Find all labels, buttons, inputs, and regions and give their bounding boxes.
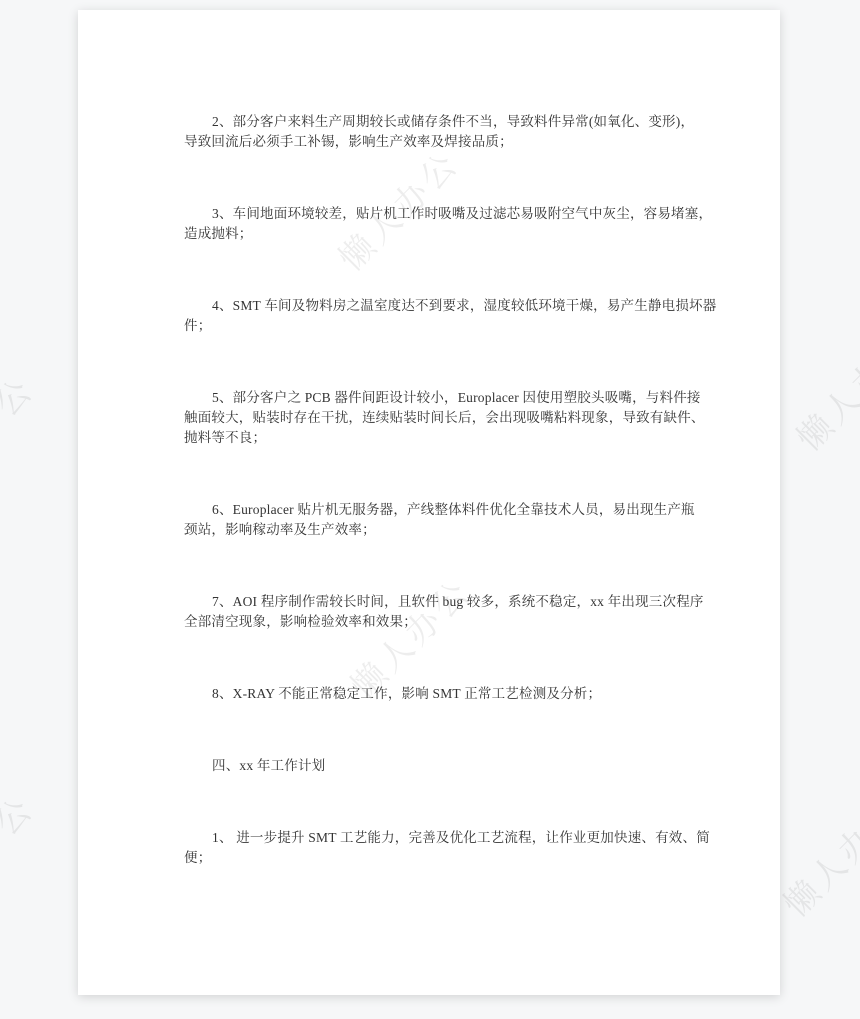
text-line: 造成抛料；	[184, 224, 674, 244]
watermark: 懒人办公	[0, 783, 49, 931]
document-page: 2、部分客户来料生产周期较长或储存条件不当，导致料件异常(如氧化、变形)， 导致…	[78, 10, 780, 995]
text-line: 件；	[184, 316, 674, 336]
text-line: 6、Europlacer 贴片机无服务器，产线整体料件优化全靠技术人员，易出现生…	[184, 500, 674, 520]
text-line: 触面较大，贴装时存在干扰，连续贴装时间长后，会出现吸嘴粘料现象，导致有缺件、	[184, 408, 674, 428]
document-content: 2、部分客户来料生产周期较长或储存条件不当，导致料件异常(如氧化、变形)， 导致…	[184, 112, 674, 868]
paragraph-6: 6、Europlacer 贴片机无服务器，产线整体料件优化全靠技术人员，易出现生…	[184, 500, 674, 540]
paragraph-5: 5、部分客户之 PCB 器件间距设计较小，Europlacer 因使用塑胶头吸嘴…	[184, 388, 674, 448]
paragraph-8: 8、X-RAY 不能正常稳定工作，影响 SMT 正常工艺检测及分析；	[184, 684, 674, 704]
text-line: 抛料等不良；	[184, 428, 674, 448]
paragraph-3: 3、车间地面环境较差，贴片机工作时吸嘴及过滤芯易吸附空气中灰尘，容易堵塞， 造成…	[184, 204, 674, 244]
heading-line: 四、xx 年工作计划	[184, 756, 674, 776]
text-line: 全部清空现象，影响检验效率和效果；	[184, 612, 674, 632]
text-line: 便；	[184, 848, 674, 868]
text-line: 1、 进一步提升 SMT 工艺能力，完善及优化工艺流程，让作业更加快速、有效、简	[184, 828, 674, 848]
paragraph-4: 4、SMT 车间及物料房之温室度达不到要求，湿度较低环境干燥，易产生静电损坏器 …	[184, 296, 674, 336]
section-heading-4: 四、xx 年工作计划	[184, 756, 674, 776]
text-line: 颈站，影响稼动率及生产效率；	[184, 520, 674, 540]
text-line: 4、SMT 车间及物料房之温室度达不到要求，湿度较低环境干燥，易产生静电损坏器	[184, 296, 674, 316]
text-line: 2、部分客户来料生产周期较长或储存条件不当，导致料件异常(如氧化、变形)，	[184, 112, 674, 132]
paragraph-2: 2、部分客户来料生产周期较长或储存条件不当，导致料件异常(如氧化、变形)， 导致…	[184, 112, 674, 152]
text-line: 8、X-RAY 不能正常稳定工作，影响 SMT 正常工艺检测及分析；	[184, 684, 674, 704]
paragraph-7: 7、AOI 程序制作需较长时间，且软件 bug 较多，系统不稳定，xx 年出现三…	[184, 592, 674, 632]
watermark: 懒人办公	[771, 784, 860, 932]
text-line: 7、AOI 程序制作需较长时间，且软件 bug 较多，系统不稳定，xx 年出现三…	[184, 592, 674, 612]
text-line: 3、车间地面环境较差，贴片机工作时吸嘴及过滤芯易吸附空气中灰尘，容易堵塞，	[184, 204, 674, 224]
watermark: 懒人办公	[0, 364, 49, 512]
document-preview-canvas: 2、部分客户来料生产周期较长或储存条件不当，导致料件异常(如氧化、变形)， 导致…	[0, 0, 860, 1019]
watermark: 懒人办公	[784, 318, 860, 466]
text-line: 导致回流后必须手工补锡，影响生产效率及焊接品质；	[184, 132, 674, 152]
text-line: 5、部分客户之 PCB 器件间距设计较小，Europlacer 因使用塑胶头吸嘴…	[184, 388, 674, 408]
paragraph-plan-1: 1、 进一步提升 SMT 工艺能力，完善及优化工艺流程，让作业更加快速、有效、简…	[184, 828, 674, 868]
